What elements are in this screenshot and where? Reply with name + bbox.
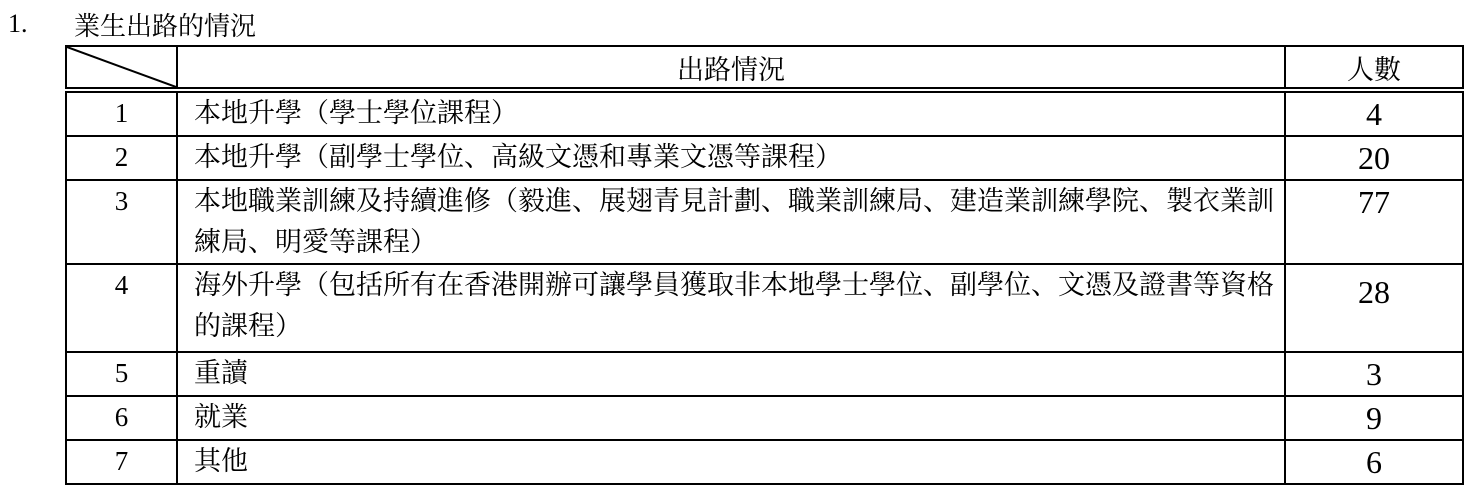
row-count: 4	[1285, 90, 1463, 136]
section-heading: 1. 業生出路的情況	[8, 6, 256, 42]
header-category: 出路情況	[177, 46, 1285, 90]
row-count: 9	[1285, 396, 1463, 440]
diagonal-line-icon	[67, 47, 176, 87]
header-count: 人數	[1285, 46, 1463, 90]
row-index: 5	[66, 352, 177, 396]
row-count: 20	[1285, 136, 1463, 180]
row-category: 海外升學（包括所有在香港開辦可讓學員獲取非本地學士學位、副學位、文憑及證書等資格…	[177, 264, 1285, 352]
row-count: 3	[1285, 352, 1463, 396]
table-row: 6 就業 9	[66, 396, 1463, 440]
row-index: 4	[66, 264, 177, 352]
row-category: 本地升學（副學士學位、高級文憑和專業文憑等課程）	[177, 136, 1285, 180]
table-row: 4 海外升學（包括所有在香港開辦可讓學員獲取非本地學士學位、副學位、文憑及證書等…	[66, 264, 1463, 352]
row-index: 3	[66, 180, 177, 264]
row-count: 28	[1285, 264, 1463, 352]
row-index: 2	[66, 136, 177, 180]
table-row: 1 本地升學（學士學位課程） 4	[66, 90, 1463, 136]
table-row: 5 重讀 3	[66, 352, 1463, 396]
row-category: 重讀	[177, 352, 1285, 396]
table-row: 7 其他 6	[66, 440, 1463, 484]
section-number: 1.	[8, 9, 74, 39]
row-index: 1	[66, 90, 177, 136]
table-row: 2 本地升學（副學士學位、高級文憑和專業文憑等課程） 20	[66, 136, 1463, 180]
row-category: 本地升學（學士學位課程）	[177, 90, 1285, 136]
section-title: 業生出路的情況	[74, 6, 256, 43]
row-category: 本地職業訓練及持續進修（毅進、展翅青見計劃、職業訓練局、建造業訓練學院、製衣業訓…	[177, 180, 1285, 264]
row-count: 6	[1285, 440, 1463, 484]
table-row: 3 本地職業訓練及持續進修（毅進、展翅青見計劃、職業訓練局、建造業訓練學院、製衣…	[66, 180, 1463, 264]
diagonal-header-cell	[66, 46, 177, 90]
graduate-destinations-table: 出路情況 人數 1 本地升學（學士學位課程） 4 2 本地升學（副學士學位、高級…	[65, 45, 1464, 485]
row-category: 其他	[177, 440, 1285, 484]
table-header-row: 出路情況 人數	[66, 46, 1463, 90]
row-count: 77	[1285, 180, 1463, 264]
row-index: 7	[66, 440, 177, 484]
row-category: 就業	[177, 396, 1285, 440]
row-index: 6	[66, 396, 177, 440]
